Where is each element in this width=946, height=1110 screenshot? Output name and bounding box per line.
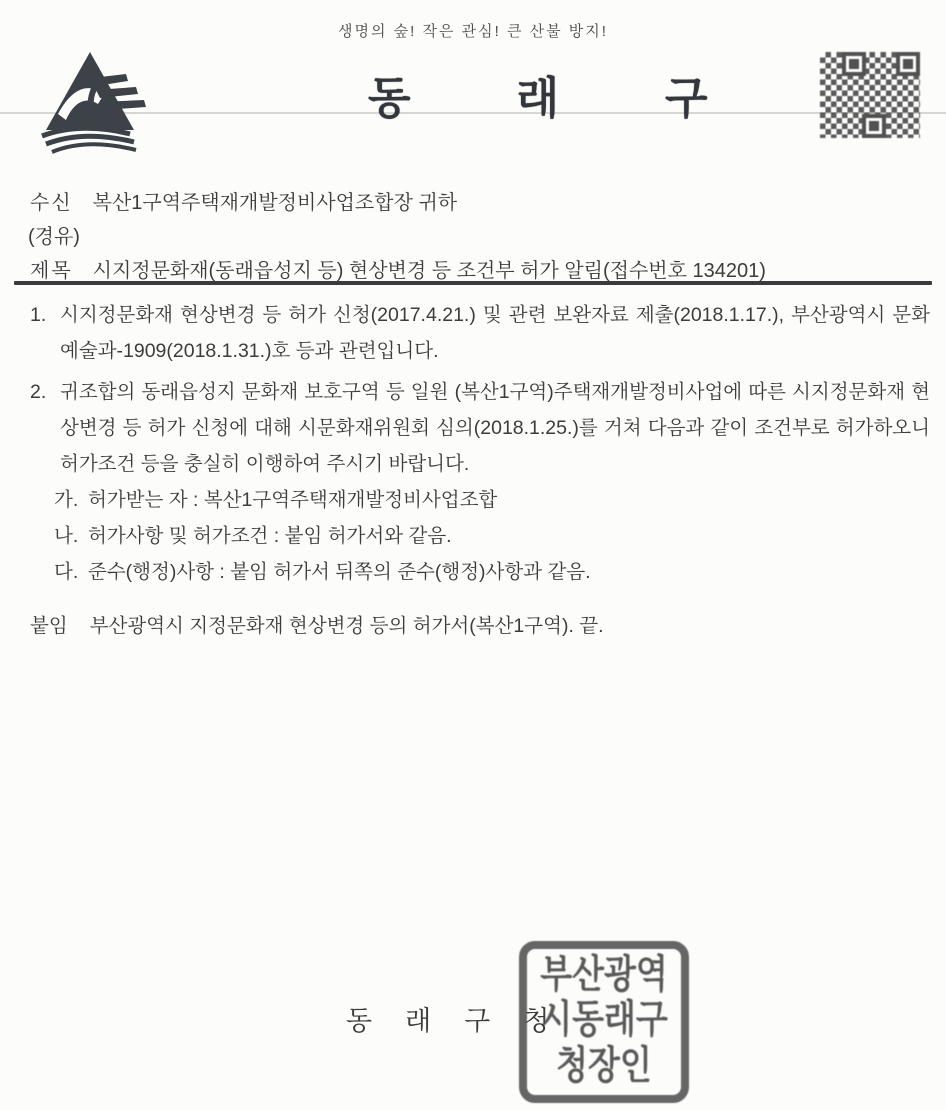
- qr-finder-icon: [862, 114, 886, 138]
- recipient-label: 수신: [30, 186, 73, 215]
- seal-text-row: 부산광역: [532, 957, 676, 996]
- recipient-row: 수신복산1구역주택재개발정비사업조합장 귀하: [30, 186, 457, 215]
- sub-item-ga: 가. 허가받는 자 : 복산1구역주택재개발정비사업조합: [54, 482, 930, 518]
- sub-item-text: 허가받는 자 : 복산1구역주택재개발정비사업조합: [88, 489, 497, 511]
- attachment-row: 붙임부산광역시 지정문화재 현상변경 등의 허가서(복산1구역). 끝.: [30, 608, 930, 644]
- paragraph-number: 1.: [30, 297, 46, 333]
- recipient-value: 복산1구역주택재개발정비사업조합장 귀하: [93, 192, 457, 214]
- sub-item-number: 가.: [54, 482, 78, 518]
- seal-text-row: 시동래구: [532, 1003, 676, 1042]
- paragraph-text: 시지정문화재 현상변경 등 허가 신청(2017.4.21.) 및 관련 보완자…: [60, 304, 930, 362]
- campaign-slogan: 생명의 숲! 작은 관심! 큰 산불 방지!: [0, 20, 946, 41]
- qr-code: [820, 52, 920, 138]
- document-body: 1. 시지정문화재 현상변경 등 허가 신청(2017.4.21.) 및 관련 …: [30, 297, 930, 644]
- qr-finder-icon: [842, 52, 866, 76]
- sub-item-na: 나. 허가사항 및 허가조건 : 붙임 허가서와 같음.: [54, 518, 930, 554]
- sub-item-text: 허가사항 및 허가조건 : 붙임 허가서와 같음.: [88, 525, 452, 547]
- via-row: (경유): [28, 220, 80, 249]
- sub-item-da: 다. 준수(행정)사항 : 붙임 허가서 뒤쪽의 준수(행정)사항과 같음.: [54, 554, 930, 590]
- document-page: 생명의 숲! 작은 관심! 큰 산불 방지! 동래구 수신복산1구역주택재개발정…: [0, 0, 946, 1110]
- body-paragraph-1: 1. 시지정문화재 현상변경 등 허가 신청(2017.4.21.) 및 관련 …: [30, 297, 930, 369]
- seal-text-row: 청장인: [532, 1048, 676, 1087]
- sub-item-number: 나.: [54, 518, 78, 554]
- subject-label: 제목: [30, 254, 73, 283]
- dongnae-gu-logo: [34, 50, 152, 156]
- issuing-office-title: 동래구: [368, 62, 814, 126]
- attachment-label: 붙임: [30, 608, 68, 644]
- qr-finder-icon: [896, 52, 920, 76]
- paragraph-text: 귀조합의 동래읍성지 문화재 보호구역 등 일원 (복산1구역)주택재개발정비사…: [60, 381, 930, 475]
- sub-item-number: 다.: [54, 554, 78, 590]
- sub-item-list: 가. 허가받는 자 : 복산1구역주택재개발정비사업조합 나. 허가사항 및 허…: [54, 482, 930, 590]
- official-seal: 부산광역 시동래구 청장인: [519, 941, 689, 1103]
- sub-item-text: 준수(행정)사항 : 붙임 허가서 뒤쪽의 준수(행정)사항과 같음.: [88, 561, 591, 583]
- subject-divider: [14, 281, 932, 285]
- subject-value: 시지정문화재(동래읍성지 등) 현상변경 등 조건부 허가 알림(접수번호 13…: [93, 260, 766, 282]
- body-paragraph-2: 2. 귀조합의 동래읍성지 문화재 보호구역 등 일원 (복산1구역)주택재개발…: [30, 374, 930, 482]
- paragraph-number: 2.: [30, 374, 46, 410]
- attachment-text: 부산광역시 지정문화재 현상변경 등의 허가서(복산1구역). 끝.: [90, 615, 604, 637]
- subject-row: 제목시지정문화재(동래읍성지 등) 현상변경 등 조건부 허가 알림(접수번호 …: [30, 254, 766, 283]
